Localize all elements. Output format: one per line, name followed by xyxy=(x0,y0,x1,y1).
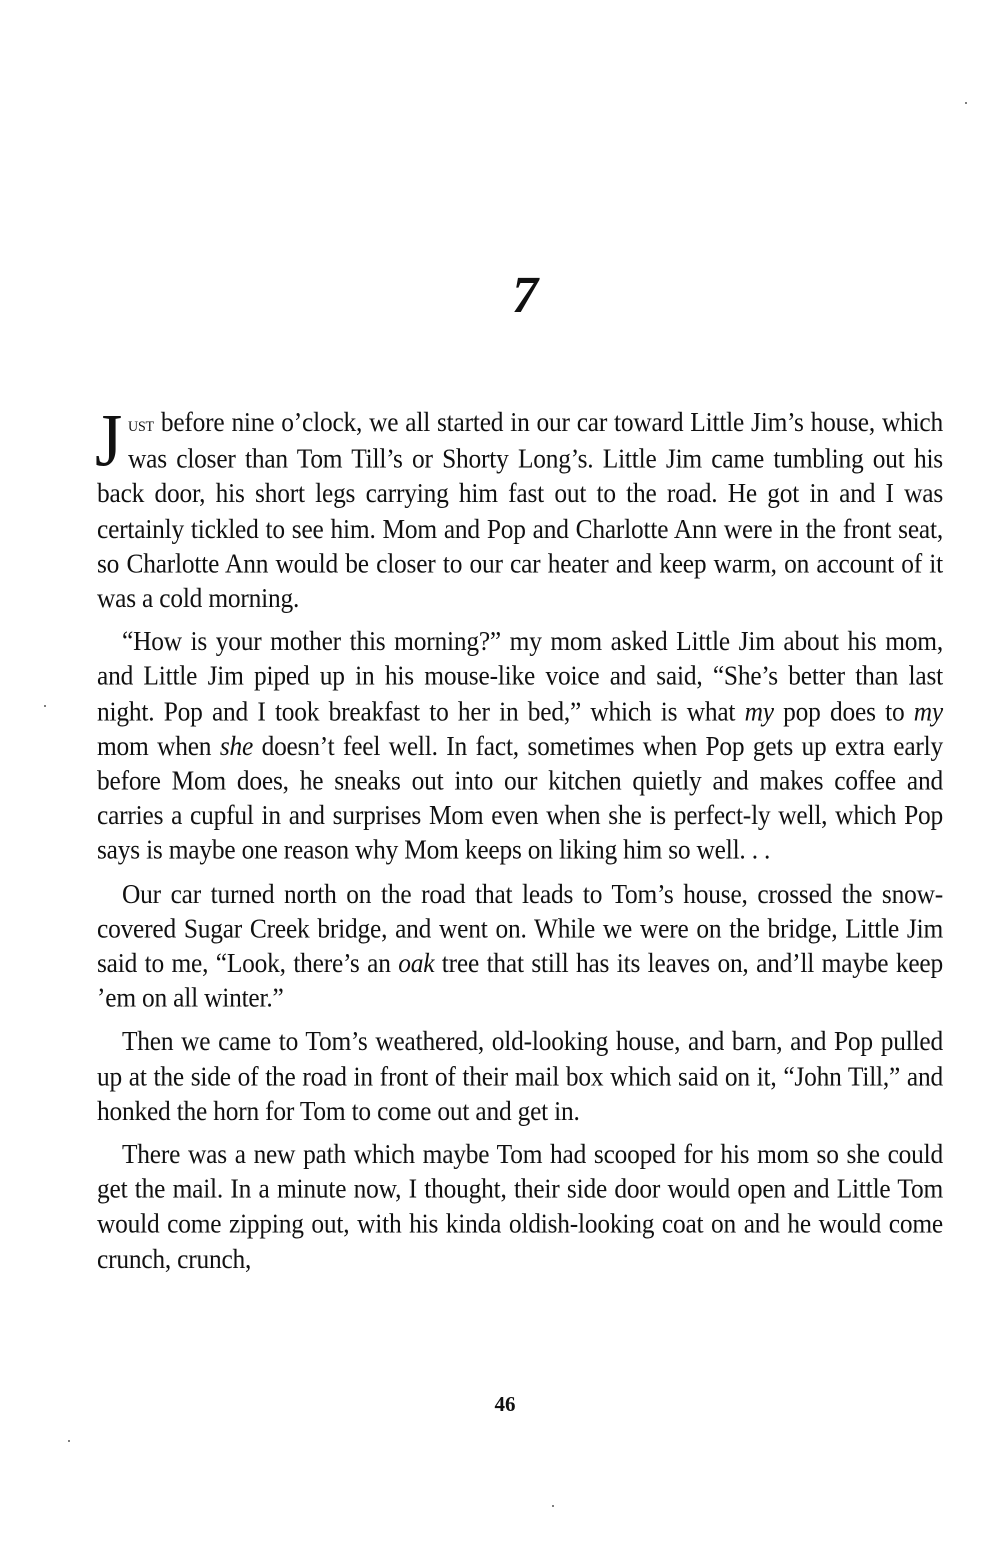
emphasis: my xyxy=(914,696,943,726)
small-caps-lead: UST xyxy=(128,413,154,437)
paragraph-text: before nine o’clock, we all started in o… xyxy=(97,407,943,613)
paragraph-3: Our car turned north on the road that le… xyxy=(97,877,943,1016)
paragraph-text: There was a new path which maybe Tom had… xyxy=(97,1139,943,1274)
drop-cap: J xyxy=(95,411,122,474)
page-number: 46 xyxy=(0,1392,1000,1417)
scan-speck xyxy=(965,102,967,104)
paragraph-text: Then we came to Tom’s weathered, old-loo… xyxy=(97,1026,943,1126)
emphasis: oak xyxy=(398,948,434,978)
emphasis: my xyxy=(745,696,774,726)
paragraph-1: JUST before nine o’clock, we all started… xyxy=(97,405,943,616)
paragraph-2: “How is your mother this morning?” my mo… xyxy=(97,624,943,867)
scan-speck xyxy=(552,1505,554,1507)
scan-speck xyxy=(68,1440,70,1442)
emphasis: she xyxy=(220,731,253,761)
paragraph-text: pop does to xyxy=(774,696,914,726)
paragraph-text: mom when xyxy=(97,731,220,761)
chapter-body: JUST before nine o’clock, we all started… xyxy=(97,405,943,1285)
scan-speck xyxy=(44,705,46,707)
chapter-number: 7 xyxy=(0,270,1000,322)
book-page: 7 JUST before nine o’clock, we all start… xyxy=(0,0,1000,1544)
paragraph-5: There was a new path which maybe Tom had… xyxy=(97,1137,943,1276)
paragraph-4: Then we came to Tom’s weathered, old-loo… xyxy=(97,1024,943,1128)
